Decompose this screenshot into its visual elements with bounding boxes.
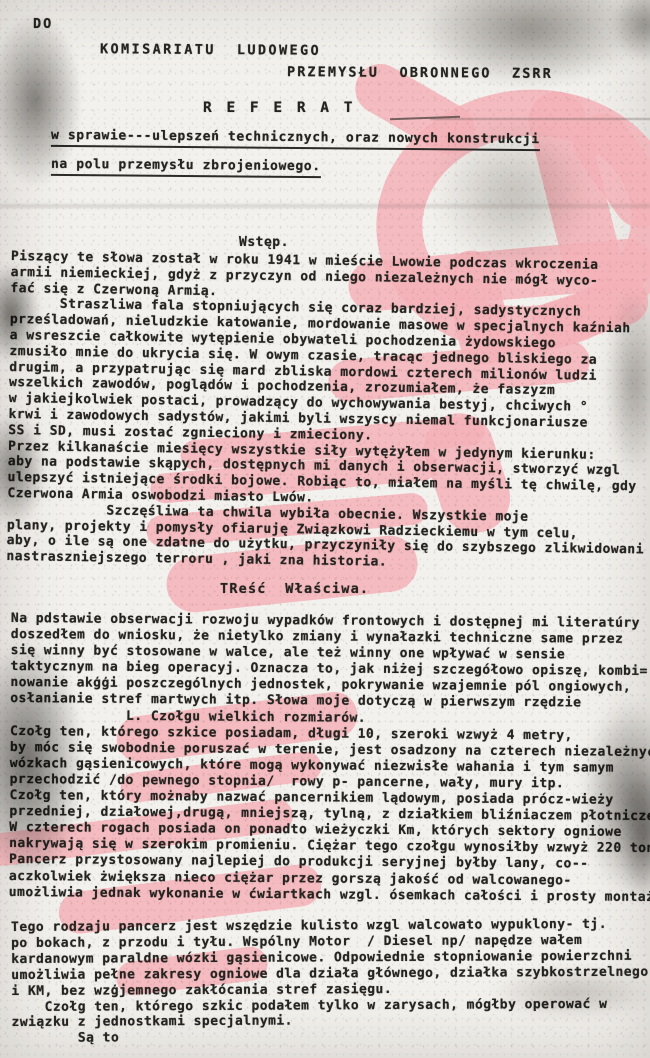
document-title: R E F E R A T [203, 100, 356, 116]
subject-line-text: na polu przemysłu zbrojeniowego. [51, 157, 321, 178]
main-paragraph: Na pdstawie obserwacji rozwoju wypadków … [9, 611, 650, 906]
addressee-prefix: DO [33, 16, 53, 32]
closing-paragraph: Tego rodzaju pancerz jest wszędzie kulis… [11, 917, 650, 1048]
subject-line: na polu przemysłu zbrojeniowego. [51, 157, 321, 174]
text-line: Są to [12, 1028, 650, 1047]
text-line: umożliwia pełne zakresy ogniowe dla dzia… [11, 964, 650, 983]
scan-streak [0, 204, 650, 208]
scanned-document-page: DO KOMISARIATU LUDOWEGO PRZEMYSŁU OBRONN… [0, 0, 650, 1058]
document-text: DO KOMISARIATU LUDOWEGO PRZEMYSŁU OBRONN… [0, 0, 650, 1058]
addressee-line1: KOMISARIATU LUDOWEGO [100, 41, 321, 59]
intro-paragraph: Piszący te słowa został w roku 1941 w mi… [6, 249, 650, 575]
section-heading-main: TReść Właściwa. [220, 581, 369, 597]
subject-line-text: w sprawie---ulepszeń technicznych, oraz … [51, 128, 540, 151]
addressee-line2: PRZEMYSŁU OBRONNEGO ZSRR [287, 64, 553, 82]
section-heading-intro: Wstęp. [239, 235, 289, 250]
scan-streak [430, 118, 650, 120]
subject-line: w sprawie---ulepszeń technicznych, oraz … [51, 128, 540, 147]
